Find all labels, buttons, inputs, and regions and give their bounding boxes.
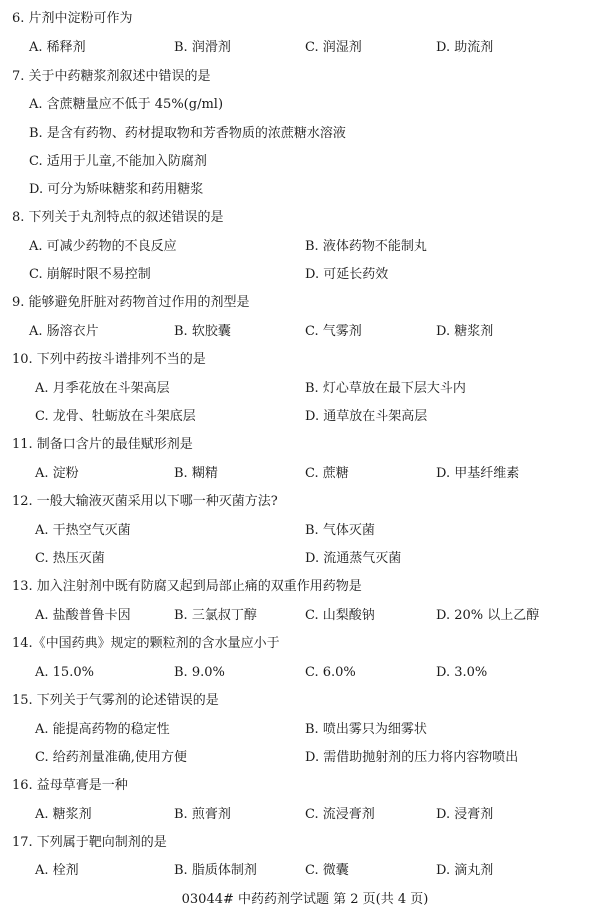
question-14-stem: 14.《中国药典》规定的颗粒剂的含水量应小于 (12, 634, 280, 654)
q6-option-c: C. 润湿剂 (305, 38, 362, 58)
q11-option-d: D. 甲基纤维素 (436, 464, 519, 484)
q8-option-a: A. 可减少药物的不良反应 (29, 237, 177, 257)
question-6-stem: 6. 片剂中淀粉可作为 (12, 9, 133, 29)
q8-option-b: B. 液体药物不能制丸 (305, 237, 427, 257)
q17-option-c: C. 微囊 (305, 861, 349, 881)
q7-option-d: D. 可分为矫味糖浆和药用糖浆 (29, 180, 203, 200)
q11-option-a: A. 淀粉 (35, 464, 79, 484)
q10-option-b: B. 灯心草放在最下层大斗内 (305, 379, 466, 399)
q13-option-c: C. 山梨酸钠 (305, 606, 375, 626)
q16-option-c: C. 流浸膏剂 (305, 805, 375, 825)
q9-option-c: C. 气雾剂 (305, 322, 362, 342)
q7-option-a: A. 含蔗糖量应不低于 45%(g/ml) (29, 95, 223, 115)
question-8-stem: 8. 下列关于丸剂特点的叙述错误的是 (12, 208, 224, 228)
exam-page: 6. 片剂中淀粉可作为 A. 稀释剂 B. 润滑剂 C. 润湿剂 D. 助流剂 … (0, 0, 610, 922)
q14-option-d: D. 3.0% (436, 663, 487, 683)
q17-option-b: B. 脂质体制剂 (174, 861, 257, 881)
q16-option-d: D. 浸膏剂 (436, 805, 493, 825)
q8-option-c: C. 崩解时限不易控制 (29, 265, 151, 285)
q10-option-d: D. 通草放在斗架高层 (305, 407, 427, 427)
q7-option-c: C. 适用于儿童,不能加入防腐剂 (29, 152, 207, 172)
q15-option-b: B. 喷出雾只为细雾状 (305, 720, 427, 740)
q17-option-a: A. 栓剂 (35, 861, 79, 881)
q16-option-b: B. 煎膏剂 (174, 805, 231, 825)
q9-option-d: D. 糖浆剂 (436, 322, 493, 342)
q6-option-a: A. 稀释剂 (29, 38, 86, 58)
q10-option-a: A. 月季花放在斗架高层 (35, 379, 170, 399)
question-13-stem: 13. 加入注射剂中既有防腐又起到局部止痛的双重作用药物是 (12, 577, 362, 597)
q14-option-a: A. 15.0% (35, 663, 94, 683)
q12-option-d: D. 流通蒸气灭菌 (305, 549, 401, 569)
question-11-stem: 11. 制备口含片的最佳赋形剂是 (12, 435, 193, 455)
q14-option-b: B. 9.0% (174, 663, 225, 683)
q6-option-d: D. 助流剂 (436, 38, 493, 58)
q14-option-c: C. 6.0% (305, 663, 356, 683)
question-16-stem: 16. 益母草膏是一种 (12, 776, 128, 796)
q15-option-d: D. 需借助抛射剂的压力将内容物喷出 (305, 748, 518, 768)
q8-option-d: D. 可延长药效 (305, 265, 388, 285)
page-footer: 03044# 中药药剂学试题 第 2 页(共 4 页) (0, 890, 610, 910)
q17-option-d: D. 滴丸剂 (436, 861, 493, 881)
question-15-stem: 15. 下列关于气雾剂的论述错误的是 (12, 691, 219, 711)
q9-option-b: B. 软胶囊 (174, 322, 231, 342)
q13-option-b: B. 三氯叔丁醇 (174, 606, 257, 626)
q12-option-a: A. 干热空气灭菌 (35, 521, 131, 541)
q16-option-a: A. 糖浆剂 (35, 805, 92, 825)
q12-option-c: C. 热压灭菌 (35, 549, 105, 569)
q11-option-c: C. 蔗糖 (305, 464, 349, 484)
q10-option-c: C. 龙骨、牡蛎放在斗架底层 (35, 407, 196, 427)
question-10-stem: 10. 下列中药按斗谱排列不当的是 (12, 350, 206, 370)
question-17-stem: 17. 下列属于靶向制剂的是 (12, 833, 167, 853)
q12-option-b: B. 气体灭菌 (305, 521, 375, 541)
q6-option-b: B. 润滑剂 (174, 38, 231, 58)
question-7-stem: 7. 关于中药糖浆剂叙述中错误的是 (12, 67, 211, 87)
q15-option-a: A. 能提高药物的稳定性 (35, 720, 170, 740)
q7-option-b: B. 是含有药物、药材提取物和芳香物质的浓蔗糖水溶液 (29, 124, 346, 144)
q9-option-a: A. 肠溶衣片 (29, 322, 99, 342)
q13-option-a: A. 盐酸普鲁卡因 (35, 606, 131, 626)
question-12-stem: 12. 一般大输液灭菌采用以下哪一种灭菌方法? (12, 492, 278, 512)
q15-option-c: C. 给药剂量准确,使用方便 (35, 748, 187, 768)
q13-option-d: D. 20% 以上乙醇 (436, 606, 539, 626)
question-9-stem: 9. 能够避免肝脏对药物首过作用的剂型是 (12, 293, 250, 313)
q11-option-b: B. 糊精 (174, 464, 218, 484)
